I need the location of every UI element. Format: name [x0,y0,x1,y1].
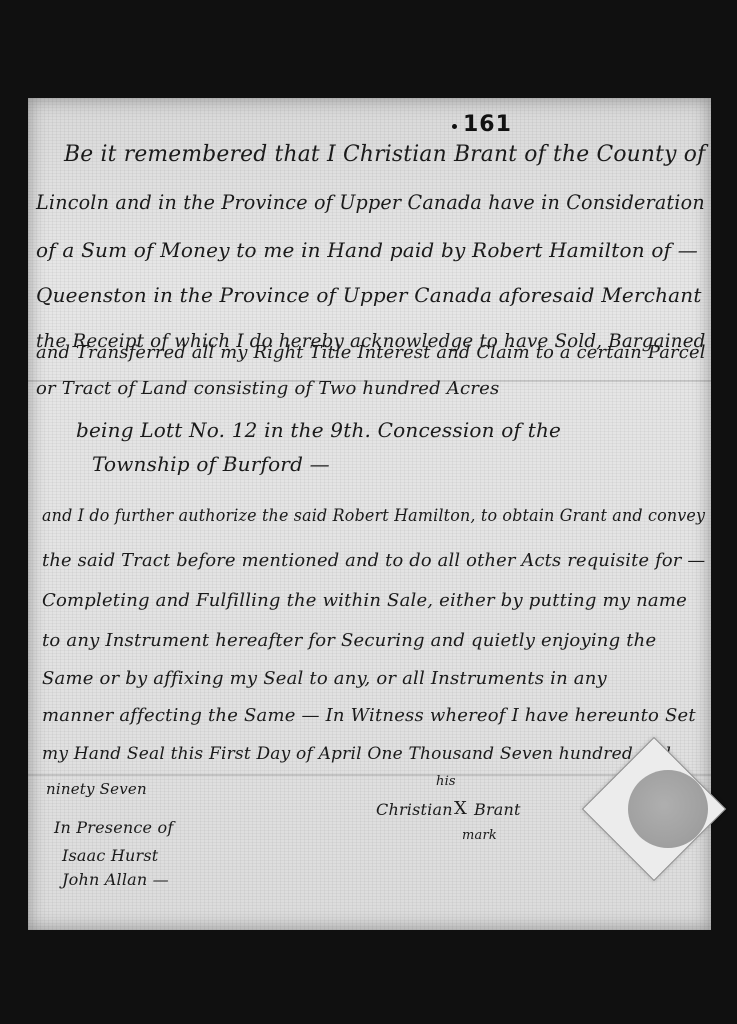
signature-mark-label: mark [462,828,497,843]
body-line: and Transferred all my Right Title Inter… [36,342,706,363]
body-line: Be it remembered that I Christian Brant … [64,142,705,167]
body-line: Same or by affixing my Seal to any, or a… [42,668,607,689]
body-line: Queenston in the Province of Upper Canad… [36,283,702,307]
wax-seal-icon [628,770,708,848]
ink-dot [452,124,457,129]
body-line: Township of Burford — [92,452,330,476]
body-line: being Lott No. 12 in the 9th. Concession… [76,418,561,442]
body-line: ninety Seven [46,780,147,798]
body-line: Lincoln and in the Province of Upper Can… [36,190,705,214]
body-line: to any Instrument hereafter for Securing… [42,630,656,651]
witness-name: Isaac Hurst [62,846,158,865]
body-line: manner affecting the Same — In Witness w… [42,705,696,726]
page-number: 161 [463,112,512,137]
body-line: of a Sum of Money to me in Hand paid by … [36,238,698,262]
body-line: and I do further authorize the said Robe… [42,506,705,526]
signature-last-name: Brant [474,800,521,819]
signature-his: his [436,774,456,789]
body-line: my Hand Seal this First Day of April One… [42,744,671,764]
witness-heading: In Presence of [54,818,173,837]
signature-first-name: Christian [376,800,453,819]
body-line: the said Tract before mentioned and to d… [42,550,705,571]
signature-mark-x: X [454,798,467,819]
witness-name: John Allan — [62,870,169,889]
paper-fold-line [28,774,711,776]
body-line: Completing and Fulfilling the within Sal… [42,590,687,611]
body-line: or Tract of Land consisting of Two hundr… [36,378,499,399]
